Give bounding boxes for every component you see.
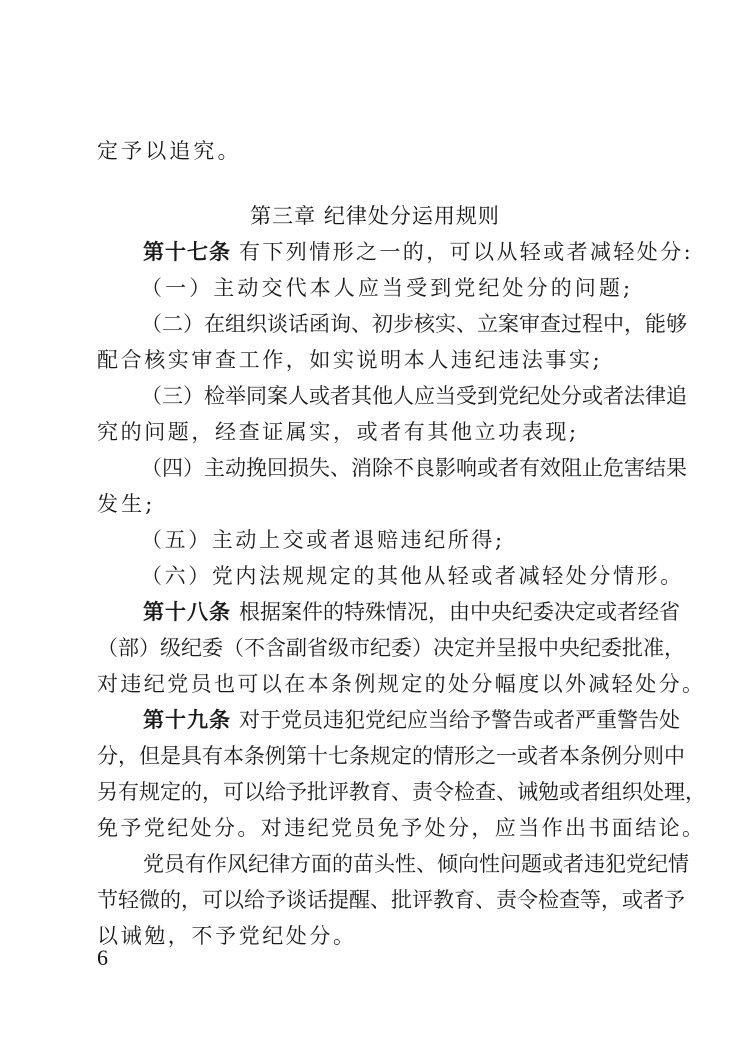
article-19-line3: 另有规定的，可以给予批评教育、责令检查、诫勉或者组织处理， [97,778,653,806]
article-19-label: 第十九条 [143,708,231,732]
chapter-title: 第三章 纪律处分运用规则 [97,202,653,230]
article-18-label: 第十八条 [143,600,231,624]
article-17-intro: 第十七条有下列情形之一的，可以从轻或者减轻处分: [97,238,653,266]
page-number: 6 [97,944,108,972]
article-19-line2: 分，但是具有本条例第十七条规定的情形之一或者本条例分则中 [97,742,653,770]
article-19-line1: 第十九条对于党员违犯党纪应当给予警告或者严重警告处 [97,706,653,734]
article-17-item-1: （一）主动交代本人应当受到党纪处分的问题; [97,274,651,302]
final-paragraph-line3: 以诫勉，不予党纪处分。 [97,922,653,950]
article-17-item-5: （五）主动上交或者退赔违纪所得; [97,526,651,554]
article-17-label: 第十七条 [143,240,231,264]
final-paragraph-line2: 节轻微的，可以给予谈话提醒、批评教育、责令检查等，或者予 [97,886,653,914]
article-18-line3: 对违纪党员也可以在本条例规定的处分幅度以外减轻处分。 [97,670,653,698]
article-18-line1: 第十八条根据案件的特殊情况，由中央纪委决定或者经省 [97,598,653,626]
article-17-item-6: （六）党内法规规定的其他从轻或者减轻处分情形。 [97,562,651,590]
final-paragraph-line1: 党员有作风纪律方面的苗头性、倾向性问题或者违犯党纪情 [97,850,653,878]
article-19-line4: 免予党纪处分。对违纪党员免予处分，应当作出书面结论。 [97,814,653,842]
article-17-item-2-line2: 配合核实审查工作，如实说明本人违纪违法事实; [97,346,653,374]
article-17-item-4-line2: 发生; [97,490,653,518]
article-18-line2: （部）级纪委（不含副省级市纪委）决定并呈报中央纪委批准， [97,634,653,662]
article-17-item-3-line1: （三）检举同案人或者其他人应当受到党纪处分或者法律追 [97,382,651,410]
article-17-item-4-line1: （四）主动挽回损失、消除不良影响或者有效阻止危害结果 [97,454,651,482]
article-17-item-2-line1: （二）在组织谈话函询、初步核实、立案审查过程中，能够 [97,310,651,338]
continuation-text: 定予以追究。 [97,137,653,165]
article-17-item-3-line2: 究的问题，经查证属实，或者有其他立功表现; [97,418,653,446]
